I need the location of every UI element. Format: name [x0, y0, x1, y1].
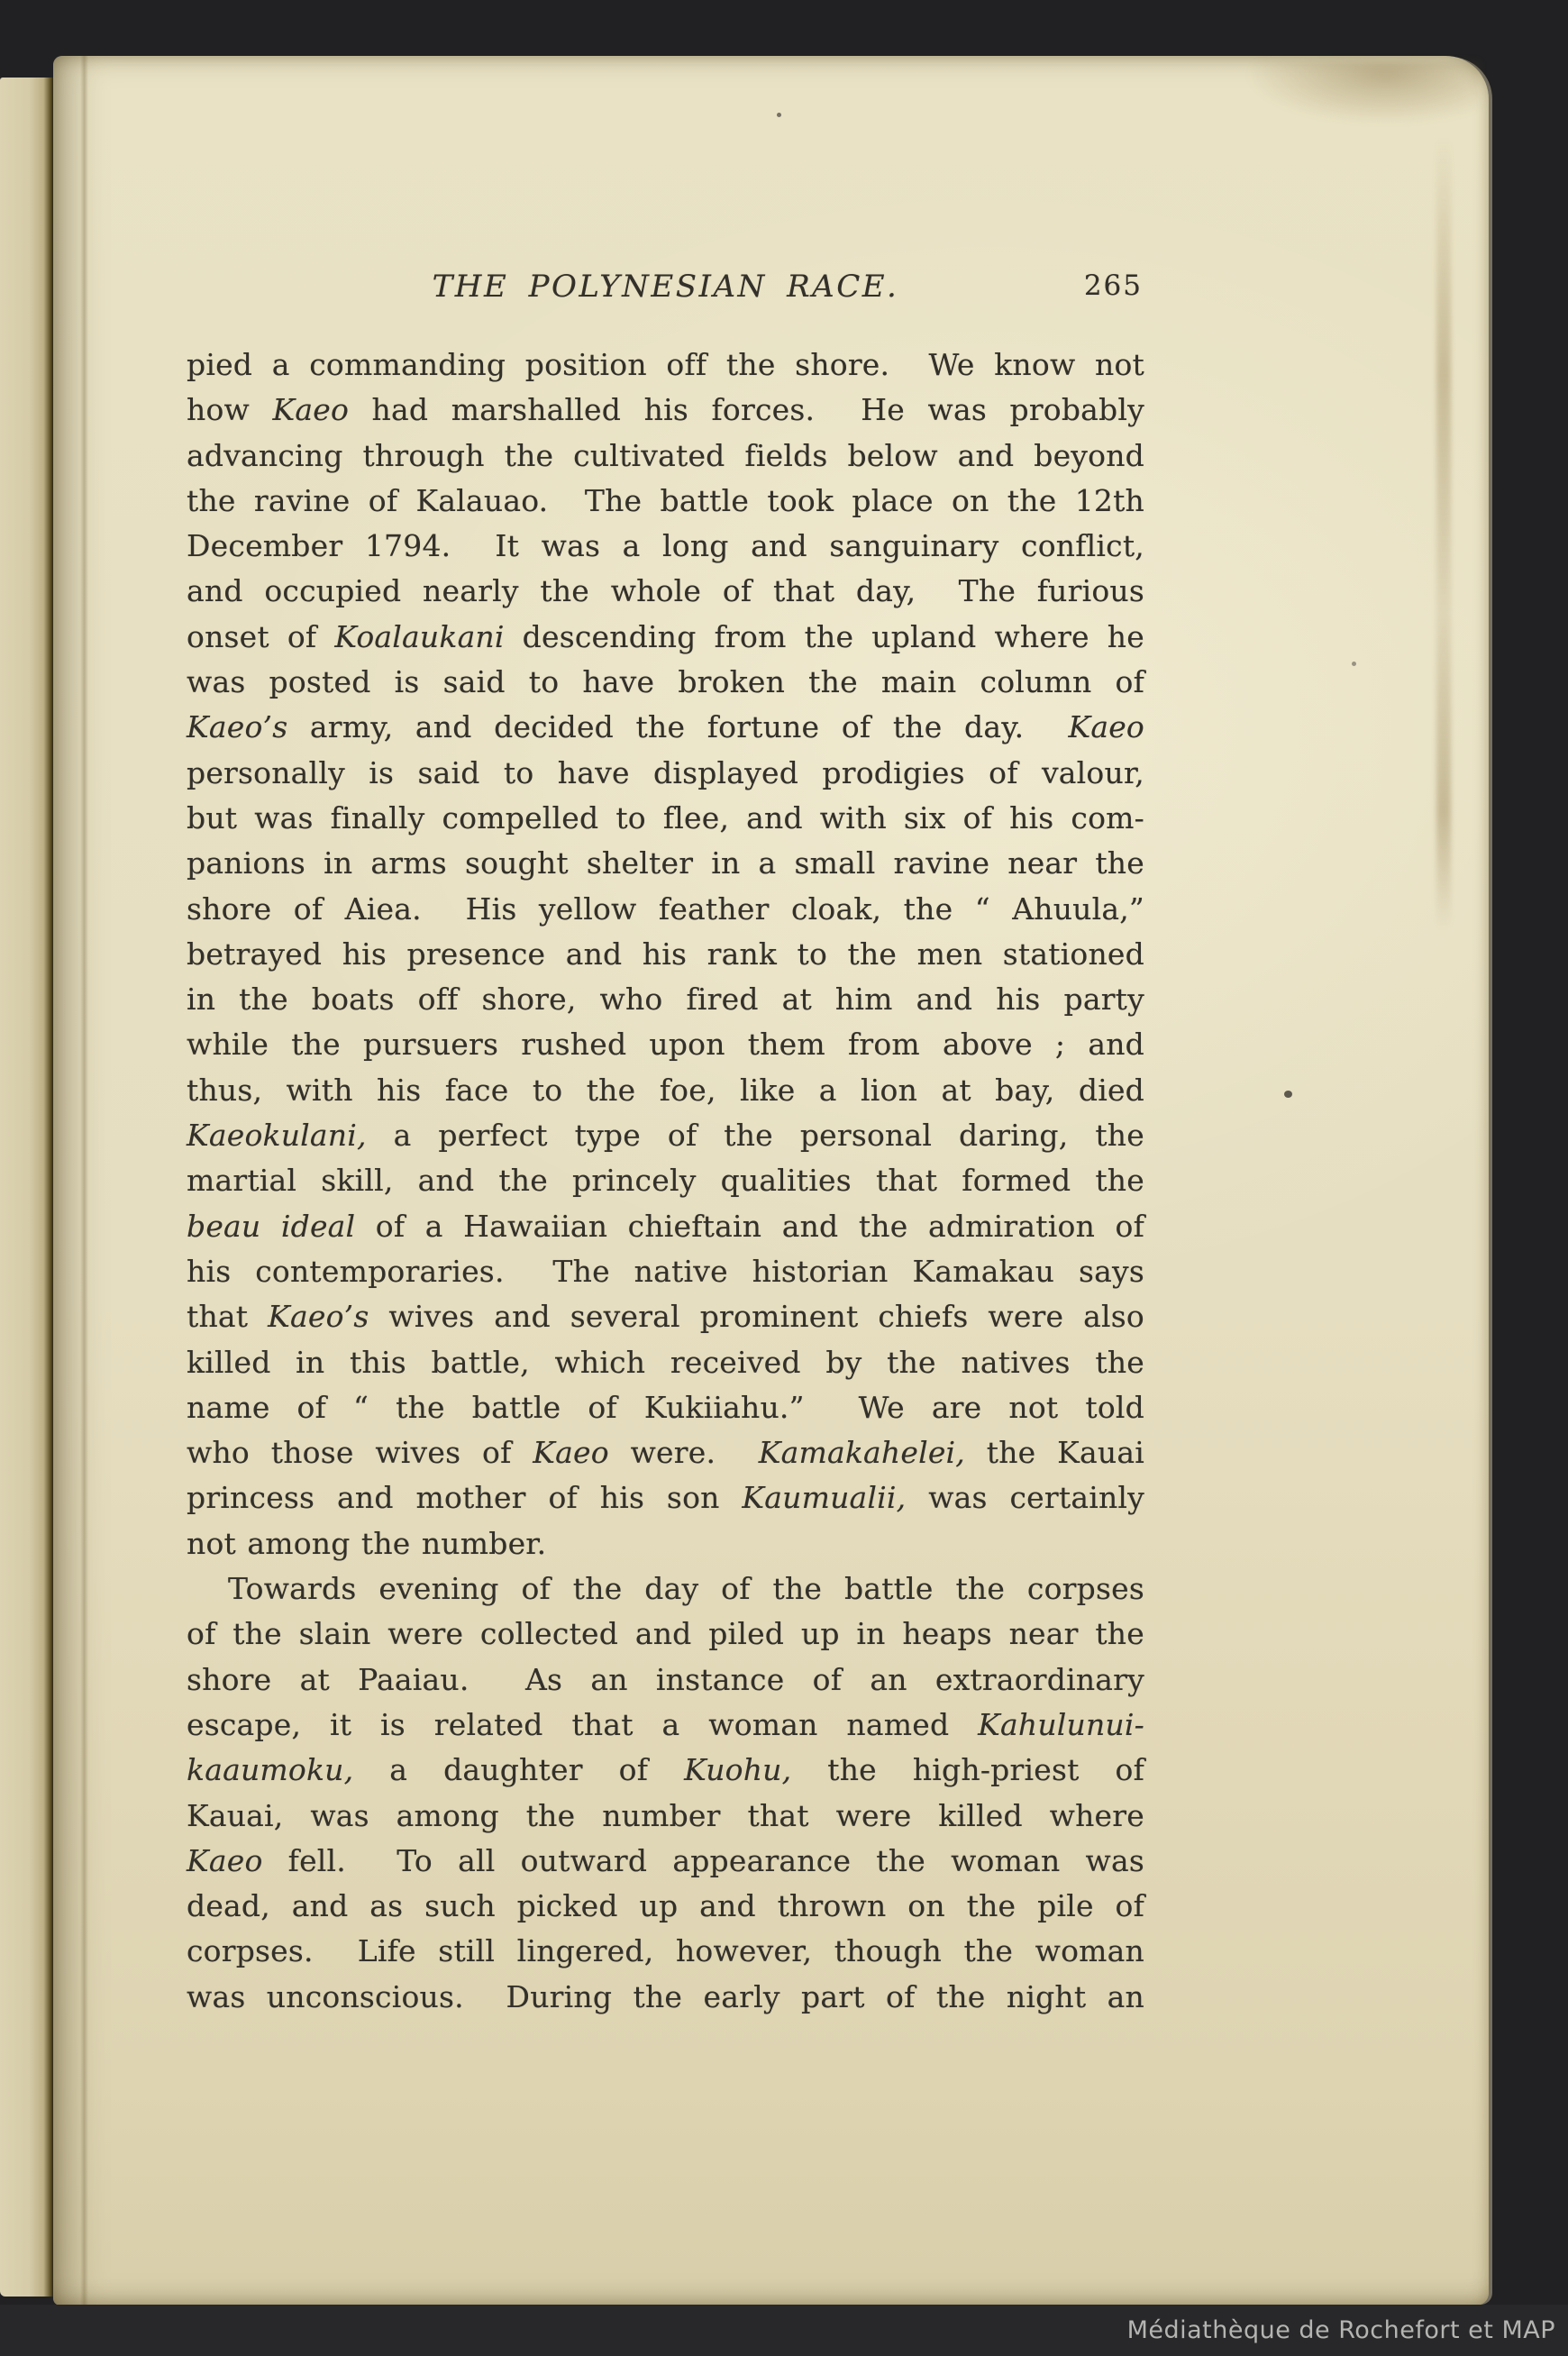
body-line: personally is said to have displayed pro… [187, 751, 1144, 796]
body-line: not among the number. [187, 1521, 1144, 1566]
text-block: THE POLYNESIAN RACE. 265 pied a commandi… [187, 269, 1144, 310]
ink-speck [1284, 1091, 1292, 1098]
body-line: shore at Paaiau. As an instance of an ex… [187, 1657, 1144, 1703]
body-line: advancing through the cultivated fields … [187, 434, 1144, 479]
body-line: corpses. Life still lingered, however, t… [187, 1929, 1144, 1974]
body-line: panions in arms sought shelter in a smal… [187, 841, 1144, 886]
body-line: name of “ the battle of Kukiiahu.” We ar… [187, 1385, 1144, 1430]
body-line: kaaumoku, a daughter of Kuohu, the high-… [187, 1748, 1144, 1793]
body-line: thus, with his face to the foe, like a l… [187, 1068, 1144, 1113]
watermark-bar: Médiathèque de Rochefort et MAP [0, 2305, 1568, 2356]
gutter-crease [80, 56, 88, 2306]
body-line: shore of Aiea. His yellow feather cloak,… [187, 887, 1144, 932]
body-line: Towards evening of the day of the battle… [187, 1566, 1144, 1612]
body-line: beau ideal of a Hawaiian chieftain and t… [187, 1204, 1144, 1249]
body-line: but was finally compelled to flee, and w… [187, 796, 1144, 841]
corner-stain [1245, 61, 1480, 124]
body-line: that Kaeo’s wives and several prominent … [187, 1294, 1144, 1339]
watermark-text: Médiathèque de Rochefort et MAP [1127, 2316, 1555, 2344]
body-line: onset of Koalaukani descending from the … [187, 615, 1144, 660]
body-line: was posted is said to have broken the ma… [187, 660, 1144, 705]
body-line: princess and mother of his son Kaumualii… [187, 1475, 1144, 1520]
body-line: betrayed his presence and his rank to th… [187, 932, 1144, 977]
ink-speck [1352, 662, 1356, 666]
body-line: his contemporaries. The native historian… [187, 1249, 1144, 1294]
body-line: martial skill, and the princely qualitie… [187, 1158, 1144, 1203]
body-line: December 1794. It was a long and sanguin… [187, 524, 1144, 569]
body-line: of the slain were collected and piled up… [187, 1612, 1144, 1657]
body-line: in the boats off shore, who fired at him… [187, 977, 1144, 1022]
running-header: THE POLYNESIAN RACE. 265 [187, 269, 1144, 310]
page-number: 265 [1084, 269, 1143, 302]
ink-speck [777, 113, 781, 117]
body-line: and occupied nearly the whole of that da… [187, 569, 1144, 614]
page-title: THE POLYNESIAN RACE. [433, 269, 899, 305]
body-text: pied a commanding position off the shore… [187, 342, 1144, 2020]
body-line: who those wives of Kaeo were. Kamakahele… [187, 1430, 1144, 1475]
body-line: how Kaeo had marshalled his forces. He w… [187, 388, 1144, 433]
body-line: Kaeokulani, a perfect type of the person… [187, 1113, 1144, 1158]
body-line: Kaeo’s army, and decided the fortune of … [187, 705, 1144, 750]
body-line: killed in this battle, which received by… [187, 1340, 1144, 1385]
body-line: dead, and as such picked up and thrown o… [187, 1884, 1144, 1929]
edge-stain [1436, 137, 1451, 930]
body-line: Kaeo fell. To all outward appearance the… [187, 1839, 1144, 1884]
body-line: the ravine of Kalauao. The battle took p… [187, 479, 1144, 524]
body-line: while the pursuers rushed upon them from… [187, 1022, 1144, 1067]
body-line: pied a commanding position off the shore… [187, 342, 1144, 388]
body-line: escape, it is related that a woman named… [187, 1703, 1144, 1748]
book-page: THE POLYNESIAN RACE. 265 pied a commandi… [53, 56, 1489, 2306]
facing-page-edge [0, 78, 53, 2297]
body-line: Kauai, was among the number that were ki… [187, 1794, 1144, 1839]
body-line: was unconscious. During the early part o… [187, 1975, 1144, 2020]
